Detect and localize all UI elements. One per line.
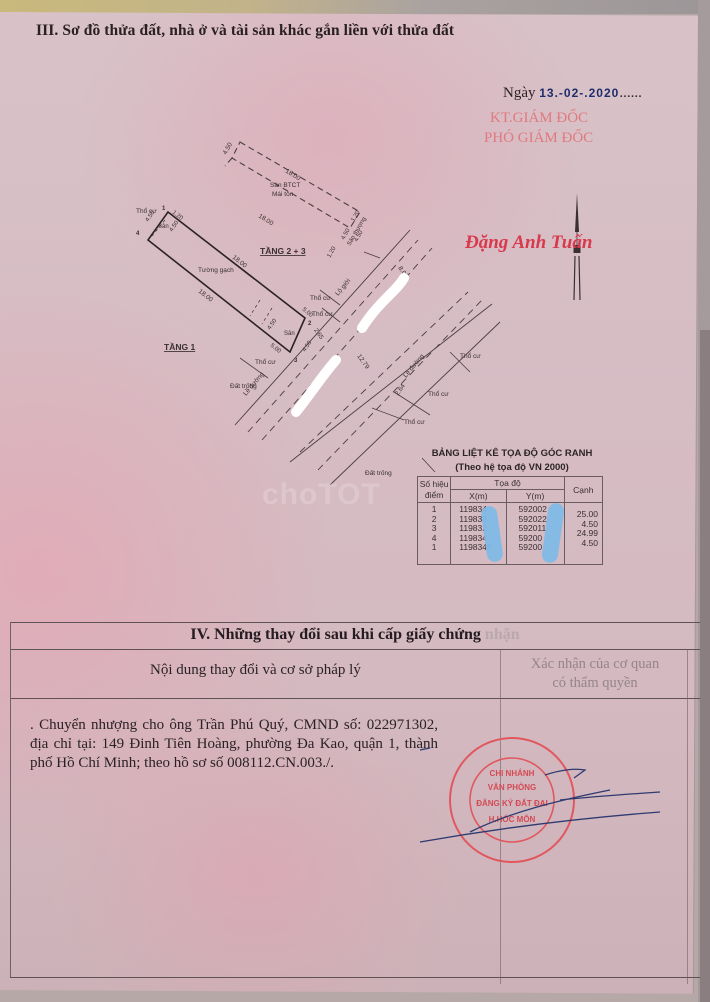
seal-text: H.HÓC MÔN bbox=[489, 815, 536, 824]
seal-text: VĂN PHÒNG bbox=[488, 783, 536, 792]
seal-text: CHI NHÁNH bbox=[490, 769, 535, 778]
signer-name: Đặng Anh Tuấn bbox=[465, 232, 592, 254]
official-seal: CHI NHÁNH VĂN PHÒNG ĐĂNG KÝ ĐẤT ĐAI H.HÓ… bbox=[0, 0, 710, 1002]
